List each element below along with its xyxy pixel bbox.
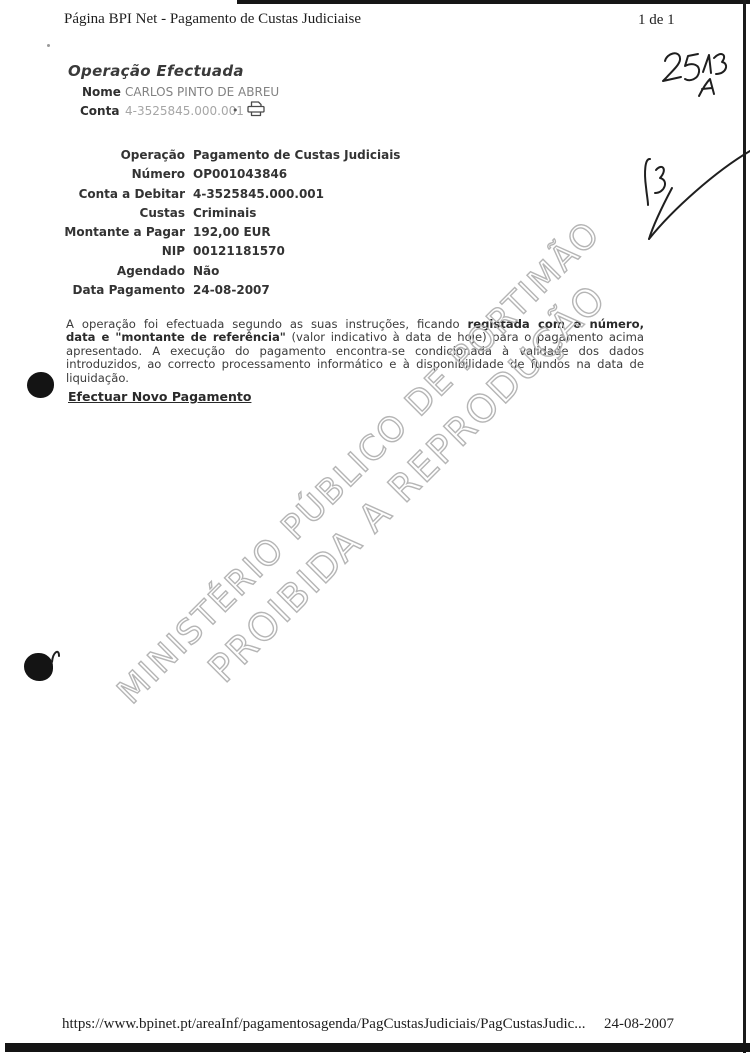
row-label: Custas (0, 206, 185, 220)
scan-edge-artifact-top (237, 0, 750, 4)
ink-digit-5 (685, 54, 699, 80)
name-value: CARLOS PINTO DE ABREU (125, 85, 279, 99)
ink-check-short-stroke (649, 188, 672, 239)
row-label: Agendado (0, 264, 185, 278)
row-label: Data Pagamento (0, 283, 185, 297)
table-row: Conta a Debitar4-3525845.000.001 (0, 187, 520, 206)
print-footer-url: https://www.bpinet.pt/areaInf/pagamentos… (62, 1016, 586, 1033)
row-value: 24-08-2007 (193, 283, 270, 297)
row-label: Operação (0, 148, 185, 162)
print-footer-date: 24-08-2007 (604, 1016, 674, 1033)
printer-icon[interactable] (246, 100, 266, 117)
account-label: Conta (80, 104, 119, 118)
row-value: 4-3525845.000.001 (193, 187, 324, 201)
account-value: 4-3525845.000.001 (125, 104, 244, 118)
hole-punch-mark (24, 653, 53, 681)
separator-bullet: • (232, 104, 239, 117)
payment-details-table: OperaçãoPagamento de Custas Judiciais Nú… (0, 148, 520, 302)
ink-digit-2 (663, 53, 681, 81)
row-value: OP001043846 (193, 167, 287, 181)
table-row: NIP00121181570 (0, 244, 520, 263)
table-row: AgendadoNão (0, 264, 520, 283)
row-value: Criminais (193, 206, 256, 220)
table-row: Data Pagamento24-08-2007 (0, 283, 520, 302)
scan-edge-artifact-bottom (5, 1043, 750, 1052)
row-label: NIP (0, 244, 185, 258)
new-payment-link[interactable]: Efectuar Novo Pagamento (68, 389, 251, 404)
ink-digit-1 (703, 55, 711, 73)
row-label: Número (0, 167, 185, 181)
row-value: 192,00 EUR (193, 225, 271, 239)
table-row: OperaçãoPagamento de Custas Judiciais (0, 148, 520, 167)
row-value: Não (193, 264, 219, 278)
scan-speck (47, 44, 50, 47)
notice-text: A operação foi efectuada segundo as suas… (66, 317, 467, 331)
ink-curl-mark (52, 652, 59, 662)
ink-mark-3 (655, 167, 665, 193)
print-header-title: Página BPI Net - Pagamento de Custas Jud… (64, 11, 361, 28)
ink-digit-3 (714, 54, 726, 74)
row-label: Conta a Debitar (0, 187, 185, 201)
row-value: Pagamento de Custas Judiciais (193, 148, 400, 162)
ink-mark-1 (645, 159, 650, 205)
row-label: Montante a Pagar (0, 225, 185, 239)
page-title: Operação Efectuada (68, 62, 244, 80)
table-row: CustasCriminais (0, 206, 520, 225)
name-label: Nome (82, 85, 121, 99)
scanned-page: { "page": { "header": { "title": "Página… (0, 0, 750, 1053)
row-value: 00121181570 (193, 244, 285, 258)
ink-check-long-stroke (649, 151, 750, 239)
print-header-page-indicator: 1 de 1 (638, 12, 675, 29)
ink-letter-a (699, 79, 714, 96)
confirmation-notice: A operação foi efectuada segundo as suas… (66, 318, 644, 385)
scan-edge-artifact-right (743, 0, 746, 1053)
table-row: Montante a Pagar192,00 EUR (0, 225, 520, 244)
hole-punch-mark (27, 372, 54, 398)
table-row: NúmeroOP001043846 (0, 167, 520, 186)
